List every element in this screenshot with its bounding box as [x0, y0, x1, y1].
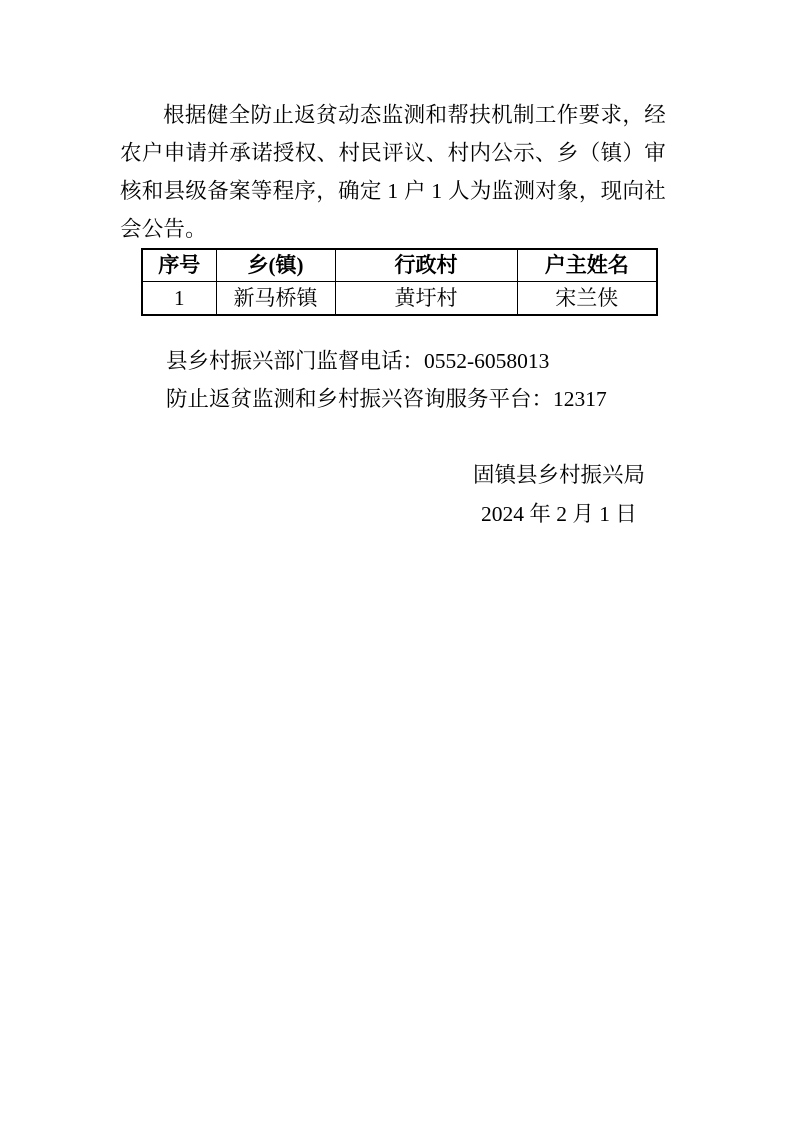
signature-block: 固镇县乡村振兴局 2024 年 2 月 1 日 [473, 456, 645, 534]
table-header-index: 序号 [142, 249, 216, 282]
signature-organization: 固镇县乡村振兴局 [473, 456, 645, 495]
document-content: 根据健全防止返贫动态监测和帮扶机制工作要求，经农户申请并承诺授权、村民评议、村内… [120, 96, 666, 534]
cell-township: 新马桥镇 [216, 282, 335, 316]
table-header-township: 乡(镇) [216, 249, 335, 282]
monitoring-targets-table: 序号 乡(镇) 行政村 户主姓名 1 新马桥镇 黄圩村 宋兰侠 [141, 248, 658, 316]
service-platform-line: 防止返贫监测和乡村振兴咨询服务平台：12317 [120, 380, 666, 418]
table-header-householder: 户主姓名 [517, 249, 657, 282]
announcement-paragraph: 根据健全防止返贫动态监测和帮扶机制工作要求，经农户申请并承诺授权、村民评议、村内… [120, 96, 666, 248]
cell-index: 1 [142, 282, 216, 316]
supervision-phone-line: 县乡村振兴部门监督电话：0552-6058013 [120, 342, 666, 380]
cell-village: 黄圩村 [335, 282, 517, 316]
table-header-row: 序号 乡(镇) 行政村 户主姓名 [142, 249, 657, 282]
signature-date: 2024 年 2 月 1 日 [473, 495, 645, 534]
document-page: 根据健全防止返贫动态监测和帮扶机制工作要求，经农户申请并承诺授权、村民评议、村内… [0, 0, 793, 1122]
table-header-village: 行政村 [335, 249, 517, 282]
table-row: 1 新马桥镇 黄圩村 宋兰侠 [142, 282, 657, 316]
cell-householder: 宋兰侠 [517, 282, 657, 316]
